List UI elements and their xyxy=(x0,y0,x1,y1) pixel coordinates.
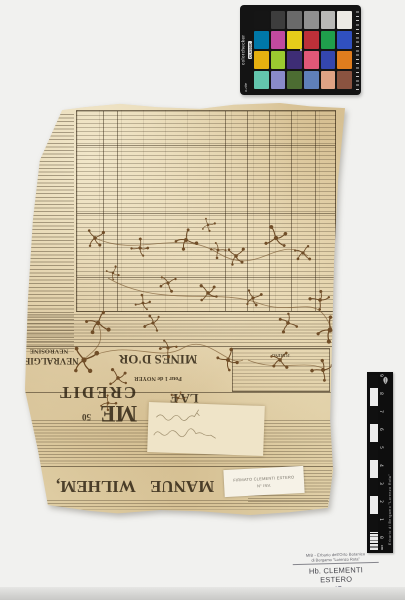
leaf-logo-icon xyxy=(381,376,390,385)
color-patch xyxy=(304,11,319,29)
colorchecker-center-mark xyxy=(300,49,302,51)
firmato-line2: N° INV. xyxy=(257,482,272,488)
stamp-herbarium-name: Hb. CLEMENTI ESTERO xyxy=(293,564,379,584)
table-row-line xyxy=(77,213,335,214)
ad-mines-dor: MINES D'OR xyxy=(102,353,214,366)
ad-torino-box: TORINO xyxy=(232,348,330,392)
table-column-line xyxy=(103,111,104,311)
handwritten-label xyxy=(147,402,265,456)
newspaper-text-band xyxy=(38,500,328,510)
ad-torino-text: TORINO xyxy=(233,352,329,357)
handwriting-squiggle xyxy=(147,402,265,456)
color-patch xyxy=(287,51,302,69)
color-patch xyxy=(304,31,319,49)
newspaper-text-band xyxy=(26,314,334,344)
colorchecker-chart: colorchecker CLASSIC x-rite xyxy=(240,5,361,95)
ad-nevrosine: NEVROSINE xyxy=(20,347,78,354)
table-row-line xyxy=(77,277,335,278)
color-patch xyxy=(287,71,302,89)
color-patch xyxy=(304,51,319,69)
colorchecker-title: colorchecker xyxy=(241,35,246,65)
table-column-line xyxy=(247,111,248,311)
ruler-number: 6 xyxy=(378,428,383,431)
colorchecker-patches xyxy=(254,11,352,89)
color-patch xyxy=(337,11,352,29)
color-patch xyxy=(304,71,319,89)
scale-bar-cm-blocks xyxy=(370,375,378,532)
color-patch xyxy=(321,11,336,29)
ruler-number: 2 xyxy=(378,500,383,503)
newspaper-price-table xyxy=(76,110,336,312)
color-patch xyxy=(287,31,302,49)
ruler-number: 8 xyxy=(378,392,383,395)
scan-edge xyxy=(0,587,405,600)
xrite-logo: x-rite xyxy=(243,83,248,92)
color-patch xyxy=(271,11,286,29)
scale-bar: 0123456789 cm Erbario di Bergamo "Lorenz… xyxy=(367,372,393,553)
table-column-line xyxy=(291,111,292,311)
scan-background: colorchecker CLASSIC x-rite xyxy=(0,0,405,600)
color-patch xyxy=(254,51,269,69)
color-patch xyxy=(337,51,352,69)
color-patch xyxy=(321,31,336,49)
color-patch xyxy=(321,71,336,89)
firmato-line1: FIRMATO CLEMENTI ESTERO xyxy=(233,474,294,482)
color-patch xyxy=(254,71,269,89)
color-patch xyxy=(271,31,286,49)
headline-credit: CREDIT xyxy=(58,384,136,401)
color-patch xyxy=(271,71,286,89)
colorchecker-subtitle: CLASSIC xyxy=(249,41,253,58)
table-column-line xyxy=(269,111,270,311)
table-row-line xyxy=(77,145,335,146)
ad-nevralgie: NEVRALGIES xyxy=(19,356,79,365)
ruler-number: 4 xyxy=(378,464,383,467)
ruler-number: 7 xyxy=(378,410,383,413)
firmato-label: FIRMATO CLEMENTI ESTERO N° INV. xyxy=(223,466,304,497)
scale-bar-side-text: Erbario di Bergamo "Lorenzo Rota" xyxy=(388,380,392,545)
scale-bar-unit: cm xyxy=(380,545,385,550)
ruler-number: 1 xyxy=(378,518,383,521)
table-column-line xyxy=(117,111,118,311)
color-patch xyxy=(254,31,269,49)
headline-wilhem: WILHEM, xyxy=(56,478,136,495)
table-column-line xyxy=(315,111,316,311)
ad-pour-line: Pour 1 de NOYER xyxy=(102,375,214,381)
scale-bar-mm-ticks xyxy=(370,531,378,550)
color-patch xyxy=(287,11,302,29)
color-patch xyxy=(321,51,336,69)
colorchecker-brand-text: colorchecker CLASSIC xyxy=(242,11,251,89)
ruler-number: 3 xyxy=(378,482,383,485)
herbarium-sheet: NEVROSINE NEVRALGIES MINES D'OR Pour 1 d… xyxy=(18,98,350,518)
color-patch xyxy=(337,71,352,89)
ruler-number: 0 xyxy=(378,536,383,539)
ruler-number: 5 xyxy=(378,446,383,449)
color-patch xyxy=(254,11,269,29)
headline-manue: MANUE xyxy=(150,478,214,495)
table-column-line xyxy=(225,111,226,311)
color-patch xyxy=(337,31,352,49)
color-patch xyxy=(271,51,286,69)
herbarium-sheet-wrap: NEVROSINE NEVRALGIES MINES D'OR Pour 1 d… xyxy=(18,98,350,518)
colorchecker-ruler-ticks xyxy=(356,10,359,90)
